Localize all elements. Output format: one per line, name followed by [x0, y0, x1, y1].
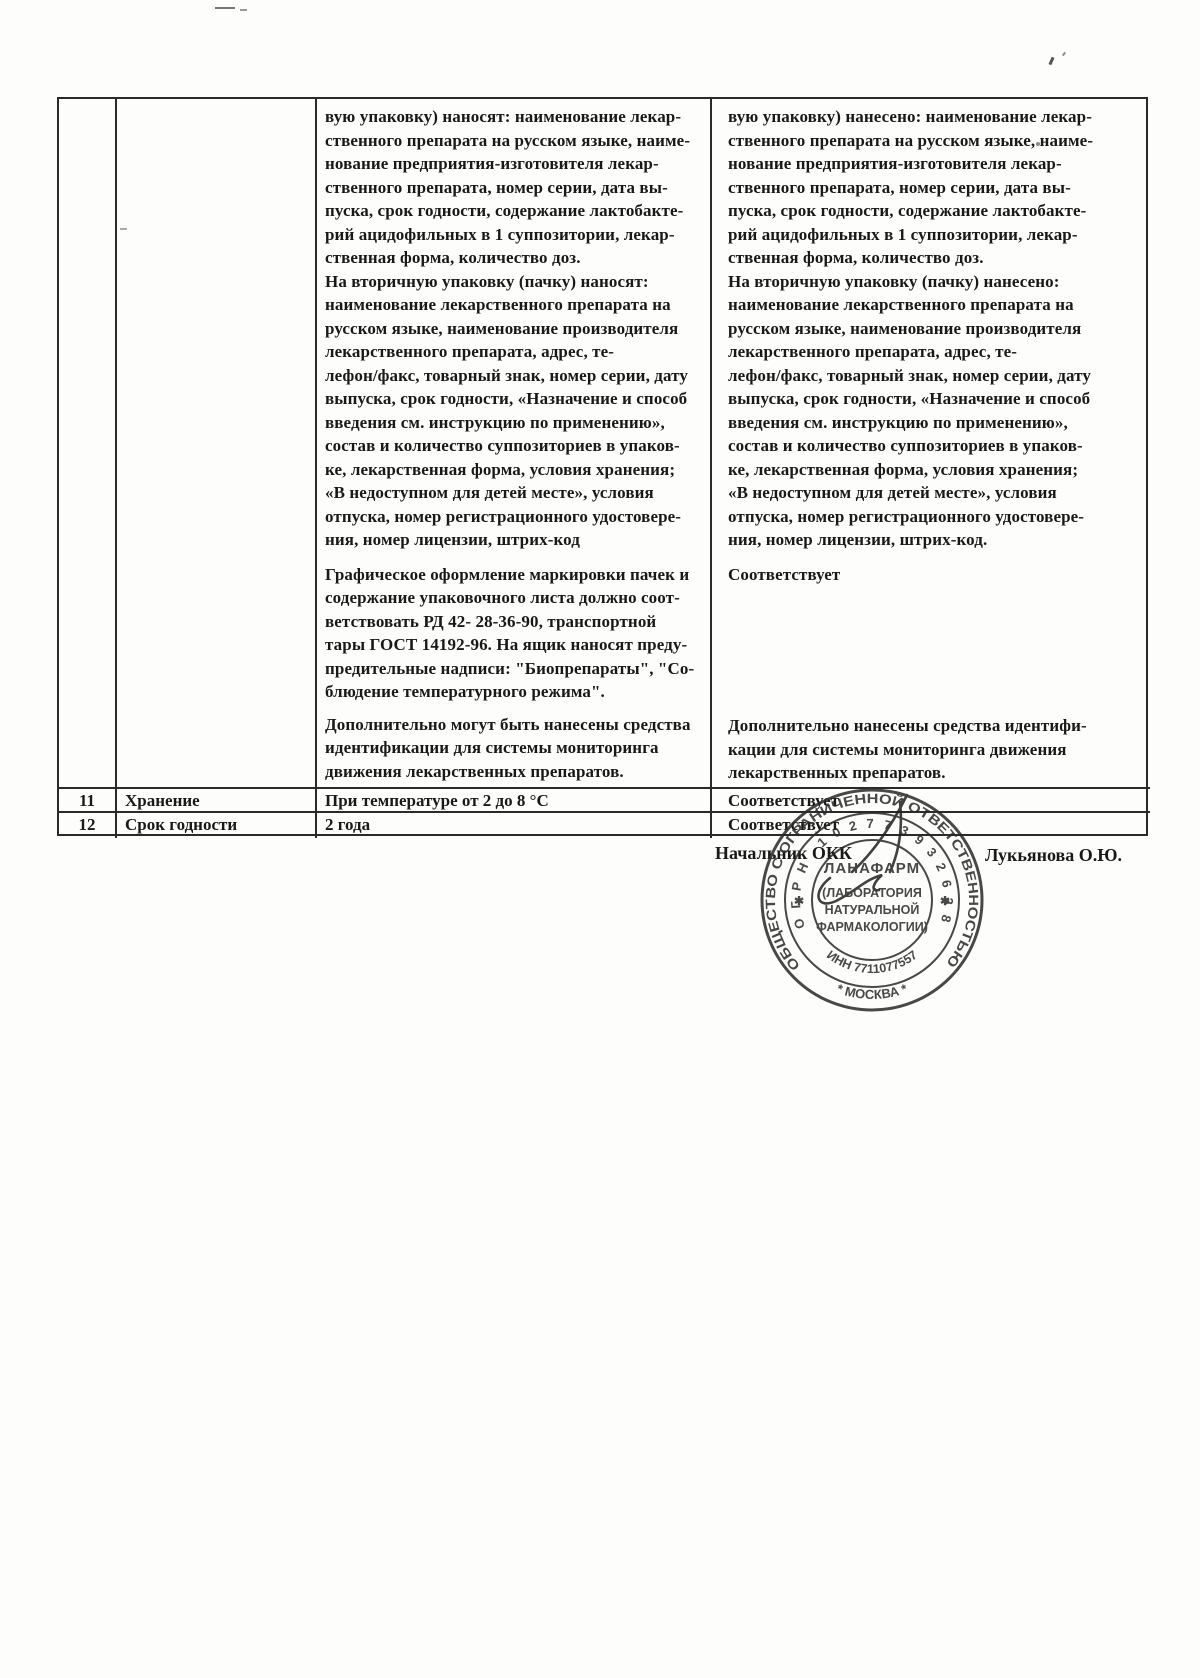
scan-artifact [1062, 52, 1066, 56]
table-row-12-requirement: 2 года [317, 813, 712, 838]
stamp-org-sub3: ФАРМАКОЛОГИИ) [816, 920, 928, 934]
scan-artifact [215, 7, 235, 9]
stamp-star-right: ✱ [940, 894, 950, 908]
scan-artifact [1049, 57, 1055, 66]
company-round-stamp: ОБЩЕСТВО С ОГРАНИЧЕННОЙ ОТВЕТСТВЕННОСТЬЮ… [752, 780, 992, 1020]
results-paragraph-2: Соответствует [728, 563, 1146, 587]
cont-row-results-cell: вую упаковку) нанесено: наименование лек… [712, 99, 1150, 789]
cont-row-name-cell [117, 99, 317, 789]
cont-row-requirements-cell: вую упаковку) наносят: наименование лека… [317, 99, 712, 789]
stamp-inn-text: ИНН 7711077557 [824, 948, 920, 976]
stamp-org-sub2: НАТУРАЛЬНОЙ [825, 902, 920, 917]
requirements-paragraph-1: вую упаковку) наносят: наименование лека… [325, 105, 706, 552]
table-row-11-number: 11 [59, 789, 117, 813]
stamp-inner-ring [812, 840, 932, 960]
compliance-table: вую упаковку) наносят: наименование лека… [57, 97, 1148, 836]
stamp-org-name: ЛАНАФАРМ [824, 860, 920, 877]
scan-artifact [240, 9, 247, 11]
stamp-star-left: ✱ [794, 894, 804, 908]
stamp-org-sub1: (ЛАБОРАТОРИЯ [822, 886, 922, 900]
table-row-11-name: Хранение [117, 789, 317, 813]
table-row-12-number: 12 [59, 813, 117, 838]
results-paragraph-1: вую упаковку) нанесено: наименование лек… [728, 105, 1146, 552]
cont-row-number-cell [59, 99, 117, 789]
scanned-document-page: вую упаковку) наносят: наименование лека… [0, 0, 1200, 1678]
table-row-11-requirement: При температуре от 2 до 8 °C [317, 789, 712, 813]
table-row-12-name: Срок годности [117, 813, 317, 838]
requirements-paragraph-3: Дополнительно могут быть нанесены средст… [325, 713, 706, 784]
signature-name: Лукьянова О.Ю. [985, 845, 1122, 866]
stamp-city-text: * МОСКВА * [835, 981, 910, 1002]
requirements-paragraph-2: Графическое оформление маркировки пачек … [325, 563, 706, 704]
results-paragraph-3: Дополнительно нанесены средства идентифи… [728, 714, 1146, 785]
